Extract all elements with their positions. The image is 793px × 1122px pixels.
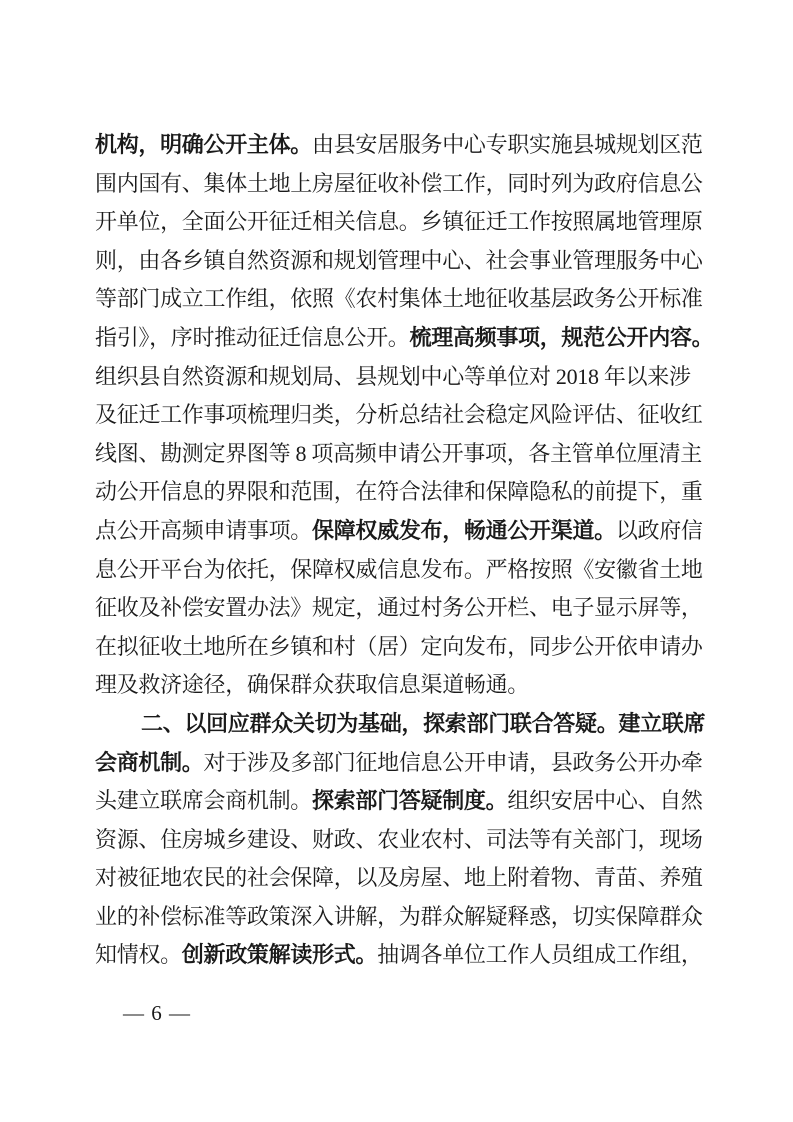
emphasis-text: 探索部门答疑制度。 [312,788,507,813]
body-text: 线图、勘测定界图等 8 项高频申请公开事项，各主管单位厘清主 [95,441,702,466]
body-text: 动公开信息的界限和范围，在符合法律和保障隐私的前提下，重 [95,479,703,504]
body-text: 点公开高频申请事项。 [95,518,312,543]
body-text: 指引》，序时推动征迁信息公开。 [95,325,410,350]
text-line: 资源、住房城乡建设、财政、农业农村、司法等有关部门，现场 [95,821,707,860]
text-line: 业的补偿标准等政策深入讲解，为群众解疑释惑，切实保障群众 [95,898,707,937]
emphasis-text: 会商机制。 [95,750,204,775]
page-number: — 6 — [123,998,191,1028]
text-line: 二、以回应群众关切为基础，探索部门联合答疑。建立联席 [95,705,707,744]
body-text: 业的补偿标准等政策深入讲解，为群众解疑释惑，切实保障群众 [95,904,703,929]
emphasis-text: 建立联席 [618,711,705,736]
body-text: 等部门成立工作组，依照《农村集体土地征收基层政务公开标准 [95,286,703,311]
body-text: 头建立联席会商机制。 [95,788,312,813]
emphasis-text: 保障权威发布，畅通公开渠道。 [312,518,616,543]
body-text: 资源、住房城乡建设、财政、农业农村、司法等有关部门，现场 [95,827,703,852]
body-text: 理及救济途径，确保群众获取信息渠道畅通。 [95,672,529,697]
body-text: 则，由各乡镇自然资源和规划管理中心、社会事业管理服务中心 [95,248,703,273]
text-line: 机构，明确公开主体。由县安居服务中心专职实施县城规划区范 [95,126,707,165]
body-text: 以政府信 [616,518,703,543]
text-line: 等部门成立工作组，依照《农村集体土地征收基层政务公开标准 [95,280,707,319]
document-page: 机构，明确公开主体。由县安居服务中心专职实施县城规划区范围内国有、集体土地上房屋… [0,0,793,1122]
body-text: 组织安居中心、自然 [507,788,702,813]
text-line: 指引》，序时推动征迁信息公开。梳理高频事项，规范公开内容。 [95,319,707,358]
body-text: 开单位，全面公开征迁相关信息。乡镇征迁工作按照属地管理原 [95,209,703,234]
text-line: 理及救济途径，确保群众获取信息渠道畅通。 [95,666,707,705]
text-line: 知情权。创新政策解读形式。抽调各单位工作人员组成工作组， [95,936,707,975]
text-line: 动公开信息的界限和范围，在符合法律和保障隐私的前提下，重 [95,473,707,512]
heading-text: 二、以回应群众关切为基础，探索部门联合答疑。 [141,711,618,736]
emphasis-text: 创新政策解读形式。 [182,942,377,967]
text-line: 会商机制。对于涉及多部门征地信息公开申请，县政务公开办牵 [95,744,707,783]
text-line: 及征迁工作事项梳理归类，分析总结社会稳定风险评估、征收红 [95,396,707,435]
body-text: 抽调各单位工作人员组成工作组， [377,942,703,967]
text-line: 开单位，全面公开征迁相关信息。乡镇征迁工作按照属地管理原 [95,203,707,242]
body-text: 组织县自然资源和规划局、县规划中心等单位对 2018 年以来涉 [95,364,691,389]
document-body: 机构，明确公开主体。由县安居服务中心专职实施县城规划区范围内国有、集体土地上房屋… [95,126,707,975]
text-line: 对被征地农民的社会保障，以及房屋、地上附着物、青苗、养殖 [95,859,707,898]
body-text: 在拟征收土地所在乡镇和村（居）定向发布，同步公开依申请办 [95,634,703,659]
text-line: 组织县自然资源和规划局、县规划中心等单位对 2018 年以来涉 [95,358,707,397]
body-text: 由县安居服务中心专职实施县城规划区范 [312,132,703,157]
text-line: 点公开高频申请事项。保障权威发布，畅通公开渠道。以政府信 [95,512,707,551]
emphasis-text: 机构，明确公开主体。 [95,132,312,157]
text-line: 息公开平台为依托，保障权威信息发布。严格按照《安徽省土地 [95,551,707,590]
text-line: 围内国有、集体土地上房屋征收补偿工作，同时列为政府信息公 [95,165,707,204]
text-line: 则，由各乡镇自然资源和规划管理中心、社会事业管理服务中心 [95,242,707,281]
text-line: 在拟征收土地所在乡镇和村（居）定向发布，同步公开依申请办 [95,628,707,667]
body-text: 知情权。 [95,942,182,967]
text-line: 线图、勘测定界图等 8 项高频申请公开事项，各主管单位厘清主 [95,435,707,474]
body-text: 对被征地农民的社会保障，以及房屋、地上附着物、青苗、养殖 [95,865,703,890]
emphasis-text: 梳理高频事项，规范公开内容。 [410,325,714,350]
body-text: 及征迁工作事项梳理归类，分析总结社会稳定风险评估、征收红 [95,402,703,427]
text-line: 头建立联席会商机制。探索部门答疑制度。组织安居中心、自然 [95,782,707,821]
body-text: 围内国有、集体土地上房屋征收补偿工作，同时列为政府信息公 [95,171,703,196]
text-line: 征收及补偿安置办法》规定，通过村务公开栏、电子显示屏等， [95,589,707,628]
body-text: 对于涉及多部门征地信息公开申请，县政务公开办牵 [204,750,703,775]
body-text: 征收及补偿安置办法》规定，通过村务公开栏、电子显示屏等， [95,595,703,620]
body-text: 息公开平台为依托，保障权威信息发布。严格按照《安徽省土地 [95,557,703,582]
